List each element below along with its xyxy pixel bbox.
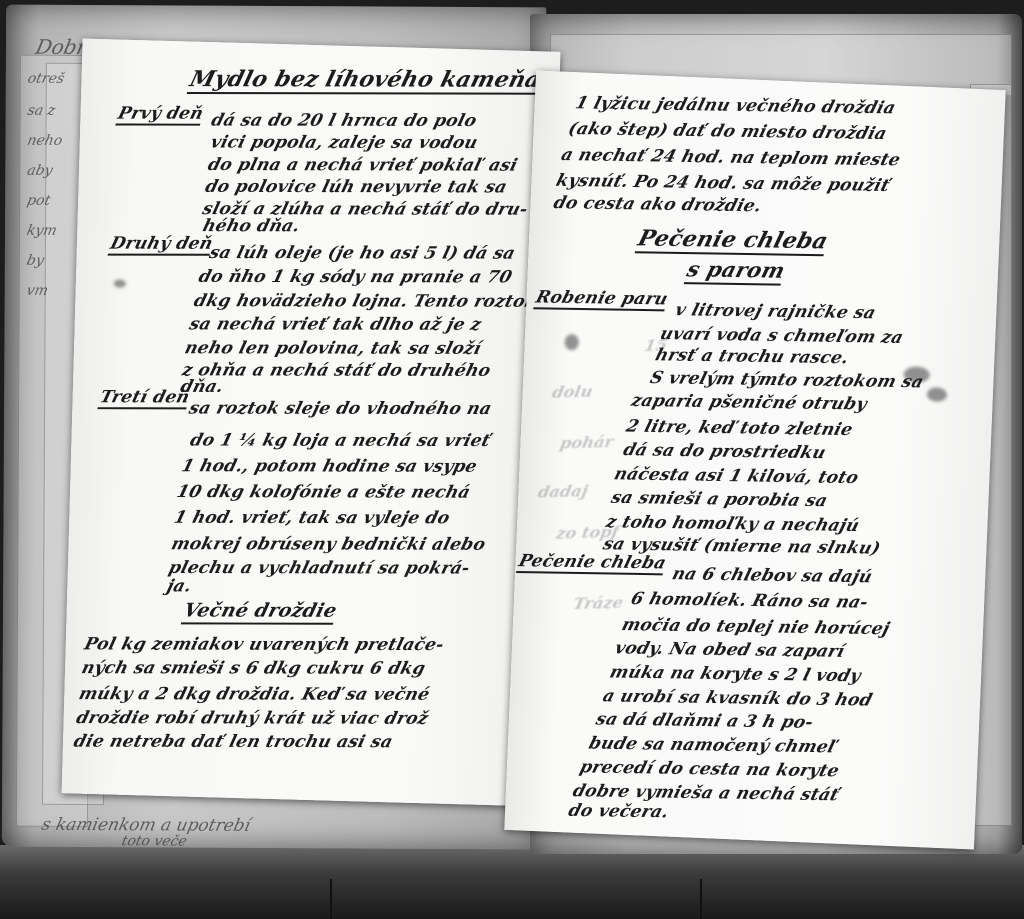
text-line: vody. Na obed sa zaparí (612, 637, 847, 662)
section-label-steam: Robenie paru (533, 287, 670, 311)
ink-blot (564, 334, 579, 351)
text-line: sa lúh oleje (je ho asi 5 l) dá sa (207, 242, 517, 264)
section-label-day1: Prvý deň (116, 103, 206, 125)
ink-spot (114, 279, 126, 287)
text-line: múka na koryte s 2 l vody (607, 661, 863, 687)
margin-fragment: pot (25, 193, 52, 209)
text-line: vici popola, zaleje sa vodou (208, 132, 480, 154)
text-line: náčesta asi 1 kilová, toto (612, 463, 861, 489)
left-page: Mydlo bez líhového kameňa. Prvý deň dá s… (62, 38, 561, 806)
text-line: 1 hod. vrieť, tak sa vyleje do (172, 507, 452, 529)
text-line: mokrej obrúseny bednički alebo (169, 533, 488, 555)
margin-fragment: aby (26, 163, 55, 179)
text-line: do večera. (566, 800, 671, 823)
right-page-title: Pečenie chleba (636, 228, 831, 253)
text-line: dá sa do 20 l hrnca do polo (209, 110, 479, 132)
text-line: hrsť a trochu rasce. (653, 344, 851, 369)
margin-fragment: kym (25, 223, 58, 239)
section-label-baking: Pečenie chleba (516, 550, 668, 574)
text-line: precedí do cesta na koryte (577, 756, 841, 782)
text-line: v litrovej rajničke sa (673, 299, 879, 324)
text-line: sa smieši a porobia sa (609, 487, 830, 512)
left-page-title: Mydlo bez líhového kameňa. (188, 68, 551, 91)
margin-fragment: vm (25, 283, 50, 299)
ink-blot (927, 387, 948, 402)
text-line: a urobí sa kvasník do 3 hod (600, 685, 875, 711)
text-line: die netreba dať len trochu asi sa (71, 731, 395, 753)
text-line: Pol kg zemiakov uvarených pretlače- (82, 634, 446, 657)
right-page-subtitle: s parom (685, 258, 788, 281)
text-line: 2 litre, keď toto zletnie (624, 416, 856, 441)
text-line: múky a 2 dkg droždia. Keď sa večné (76, 683, 431, 706)
text-line: plechu a vychladnutí sa pokrá- (166, 557, 472, 579)
bleed-through-text: pohár (558, 432, 615, 452)
text-line: dkg hovädzieho lojna. Tento roztok (192, 290, 540, 313)
text-line: 10 dkg kolofónie a ešte nechá (174, 481, 472, 503)
text-line: neho len polovina, tak sa složí (182, 337, 483, 359)
text-line: bude sa namočený chmeľ (586, 733, 839, 759)
section-heading-eternal-yeast: Večné droždie (181, 600, 339, 622)
bleed-through-text: dadaj (536, 481, 589, 501)
text-line: močia do teplej nie horúcej (619, 614, 892, 640)
text-line: S vrelým týmto roztokom sa (648, 367, 926, 393)
text-line: dá sa do prostriedku (621, 439, 828, 464)
margin-fragment: otreš (26, 71, 66, 87)
text-line: 6 homolíek. Ráno sa na- (628, 588, 870, 614)
text-line: ja. (165, 575, 194, 597)
text-line: do 1 ¼ kg loja a nechá sa vrieť (188, 430, 493, 452)
right-page: 15 dolu pohár dadaj zo topf Tráze 1 lyži… (504, 70, 1005, 849)
text-line: zaparia pšeničné otruby (629, 390, 870, 415)
text-line: sa nechá vrieť tak dlho až je z (187, 313, 483, 335)
text-line: do cesta ako droždie. (551, 192, 764, 217)
table-surface (0, 845, 1024, 919)
margin-fragment: neho (26, 133, 64, 149)
text-line: z ohňa a nechá stáť do druhého (180, 359, 493, 381)
text-line: 1 lyžicu jedálnu večného droždia (573, 92, 898, 119)
bleed-through-text: Tráze (572, 593, 625, 613)
text-line: hého dňa. (200, 215, 302, 237)
underlying-text-bottom-left-2: toto veče (120, 833, 188, 849)
text-line: sa dá dlaňmi a 3 h po- (593, 709, 815, 734)
section-label-day2: Druhý deň (108, 233, 215, 255)
text-line: droždie robí druhý krát už viac drož (74, 707, 431, 730)
text-line: (ako štep) dať do miesto droždia (566, 118, 889, 145)
text-line: ných sa smieši s 6 dkg cukru 6 dkg (79, 657, 427, 680)
margin-fragment: sa z (26, 103, 57, 119)
text-line: a nechať 24 hod. na teplom mieste (559, 144, 903, 171)
table-seam (700, 879, 702, 919)
text-line: na 6 chlebov sa dajú (670, 563, 875, 588)
text-line: do polovice lúh nevyvrie tak sa (203, 176, 509, 198)
section-label-day3: Tretí deň (98, 386, 192, 408)
text-line: sa roztok sleje do vhodného na (187, 398, 494, 420)
table-seam (330, 879, 332, 919)
text-line: do ňho 1 kg sódy na pranie a 70 (196, 266, 514, 288)
text-line: 1 hod., potom hodine sa vsype (179, 455, 479, 477)
text-line: do plna a nechá vrieť pokiaľ asi (205, 154, 519, 176)
margin-fragment: by (25, 253, 45, 269)
bleed-through-text: dolu (551, 382, 595, 402)
